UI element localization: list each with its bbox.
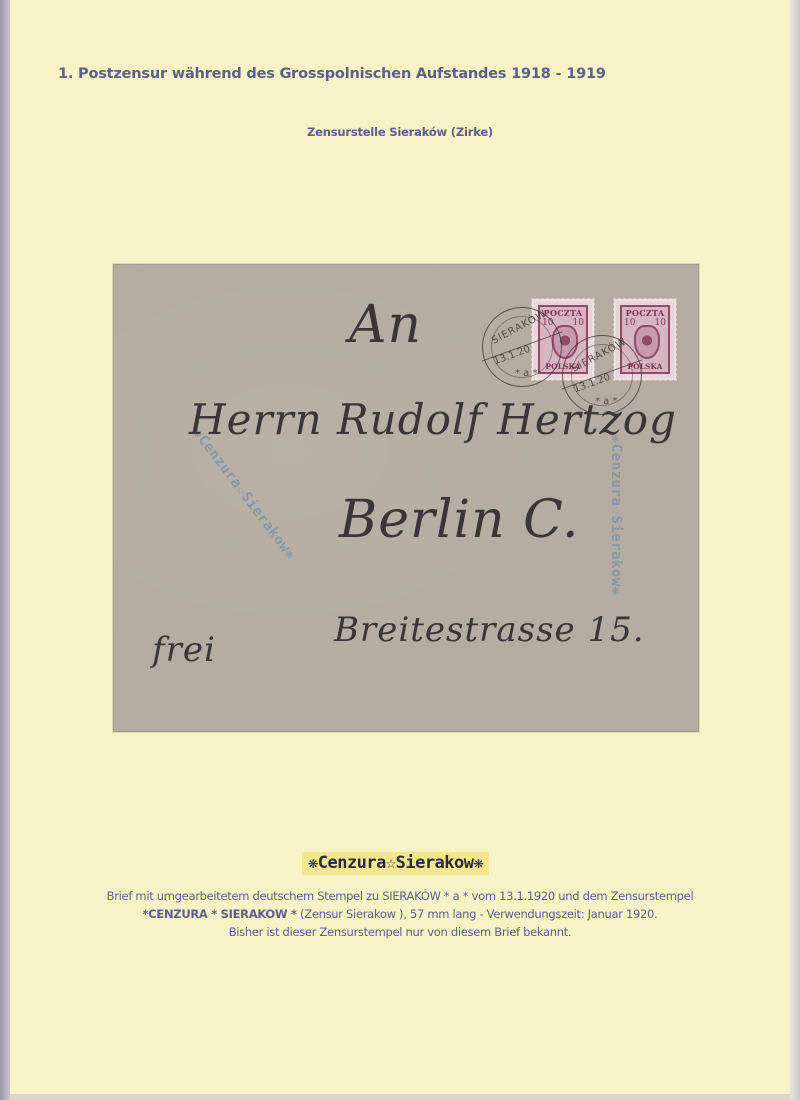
address-line: Herrn Rudolf Hertzog (189, 395, 677, 444)
address-line: Breitestrasse 15. (334, 610, 645, 650)
eagle-icon (634, 325, 660, 359)
page-title: 1. Postzensur während des Grosspolnische… (58, 66, 606, 82)
scan-left-edge (0, 0, 10, 1100)
caption-line-2: *CENZURA * SIERAKOW * (Zensur Sierakow )… (10, 905, 790, 923)
censor-stamp-label: ❋Cenzura☆Sierakow❋ (302, 852, 489, 875)
address-line: Berlin C. (339, 490, 580, 550)
postmark-letter: * a * (515, 368, 538, 379)
address-line: An (349, 295, 422, 355)
handwritten-note: frei (152, 630, 216, 670)
caption-line-1: Brief mit umgearbeitetem deutschem Stemp… (10, 887, 790, 905)
postmark: SIERAKÓW 13.1.20 * a * (482, 307, 562, 387)
censor-mark-vertical: ❋Cenzura☆Sierakow❋ (608, 435, 624, 596)
envelope-cover: POCZTA 10 10 POLSKA POCZTA 10 10 POLSKA … (113, 264, 699, 732)
album-page: 1. Postzensur während des Grosspolnische… (10, 0, 790, 1094)
stamp-top-text: POCZTA (622, 308, 668, 318)
stamp-value-right: 10 (573, 318, 584, 328)
censor-mark-diagonal: ❋Cenzura☆Sierakow❋ (189, 425, 299, 563)
stamp-value-left: 10 (624, 318, 635, 328)
scan-right-edge (790, 0, 800, 1100)
page-subtitle: Zensurstelle Sieraków (Zirke) (10, 125, 790, 139)
stamp-value-right: 10 (655, 318, 666, 328)
caption-line-3: Bisher ist dieser Zensurstempel nur von … (10, 923, 790, 941)
caption-censor-name: *CENZURA * SIERAKOW * (143, 907, 297, 921)
caption-censor-details: (Zensur Sierakow ), 57 mm lang - Verwend… (297, 907, 658, 921)
caption: Brief mit umgearbeitetem deutschem Stemp… (10, 887, 790, 941)
